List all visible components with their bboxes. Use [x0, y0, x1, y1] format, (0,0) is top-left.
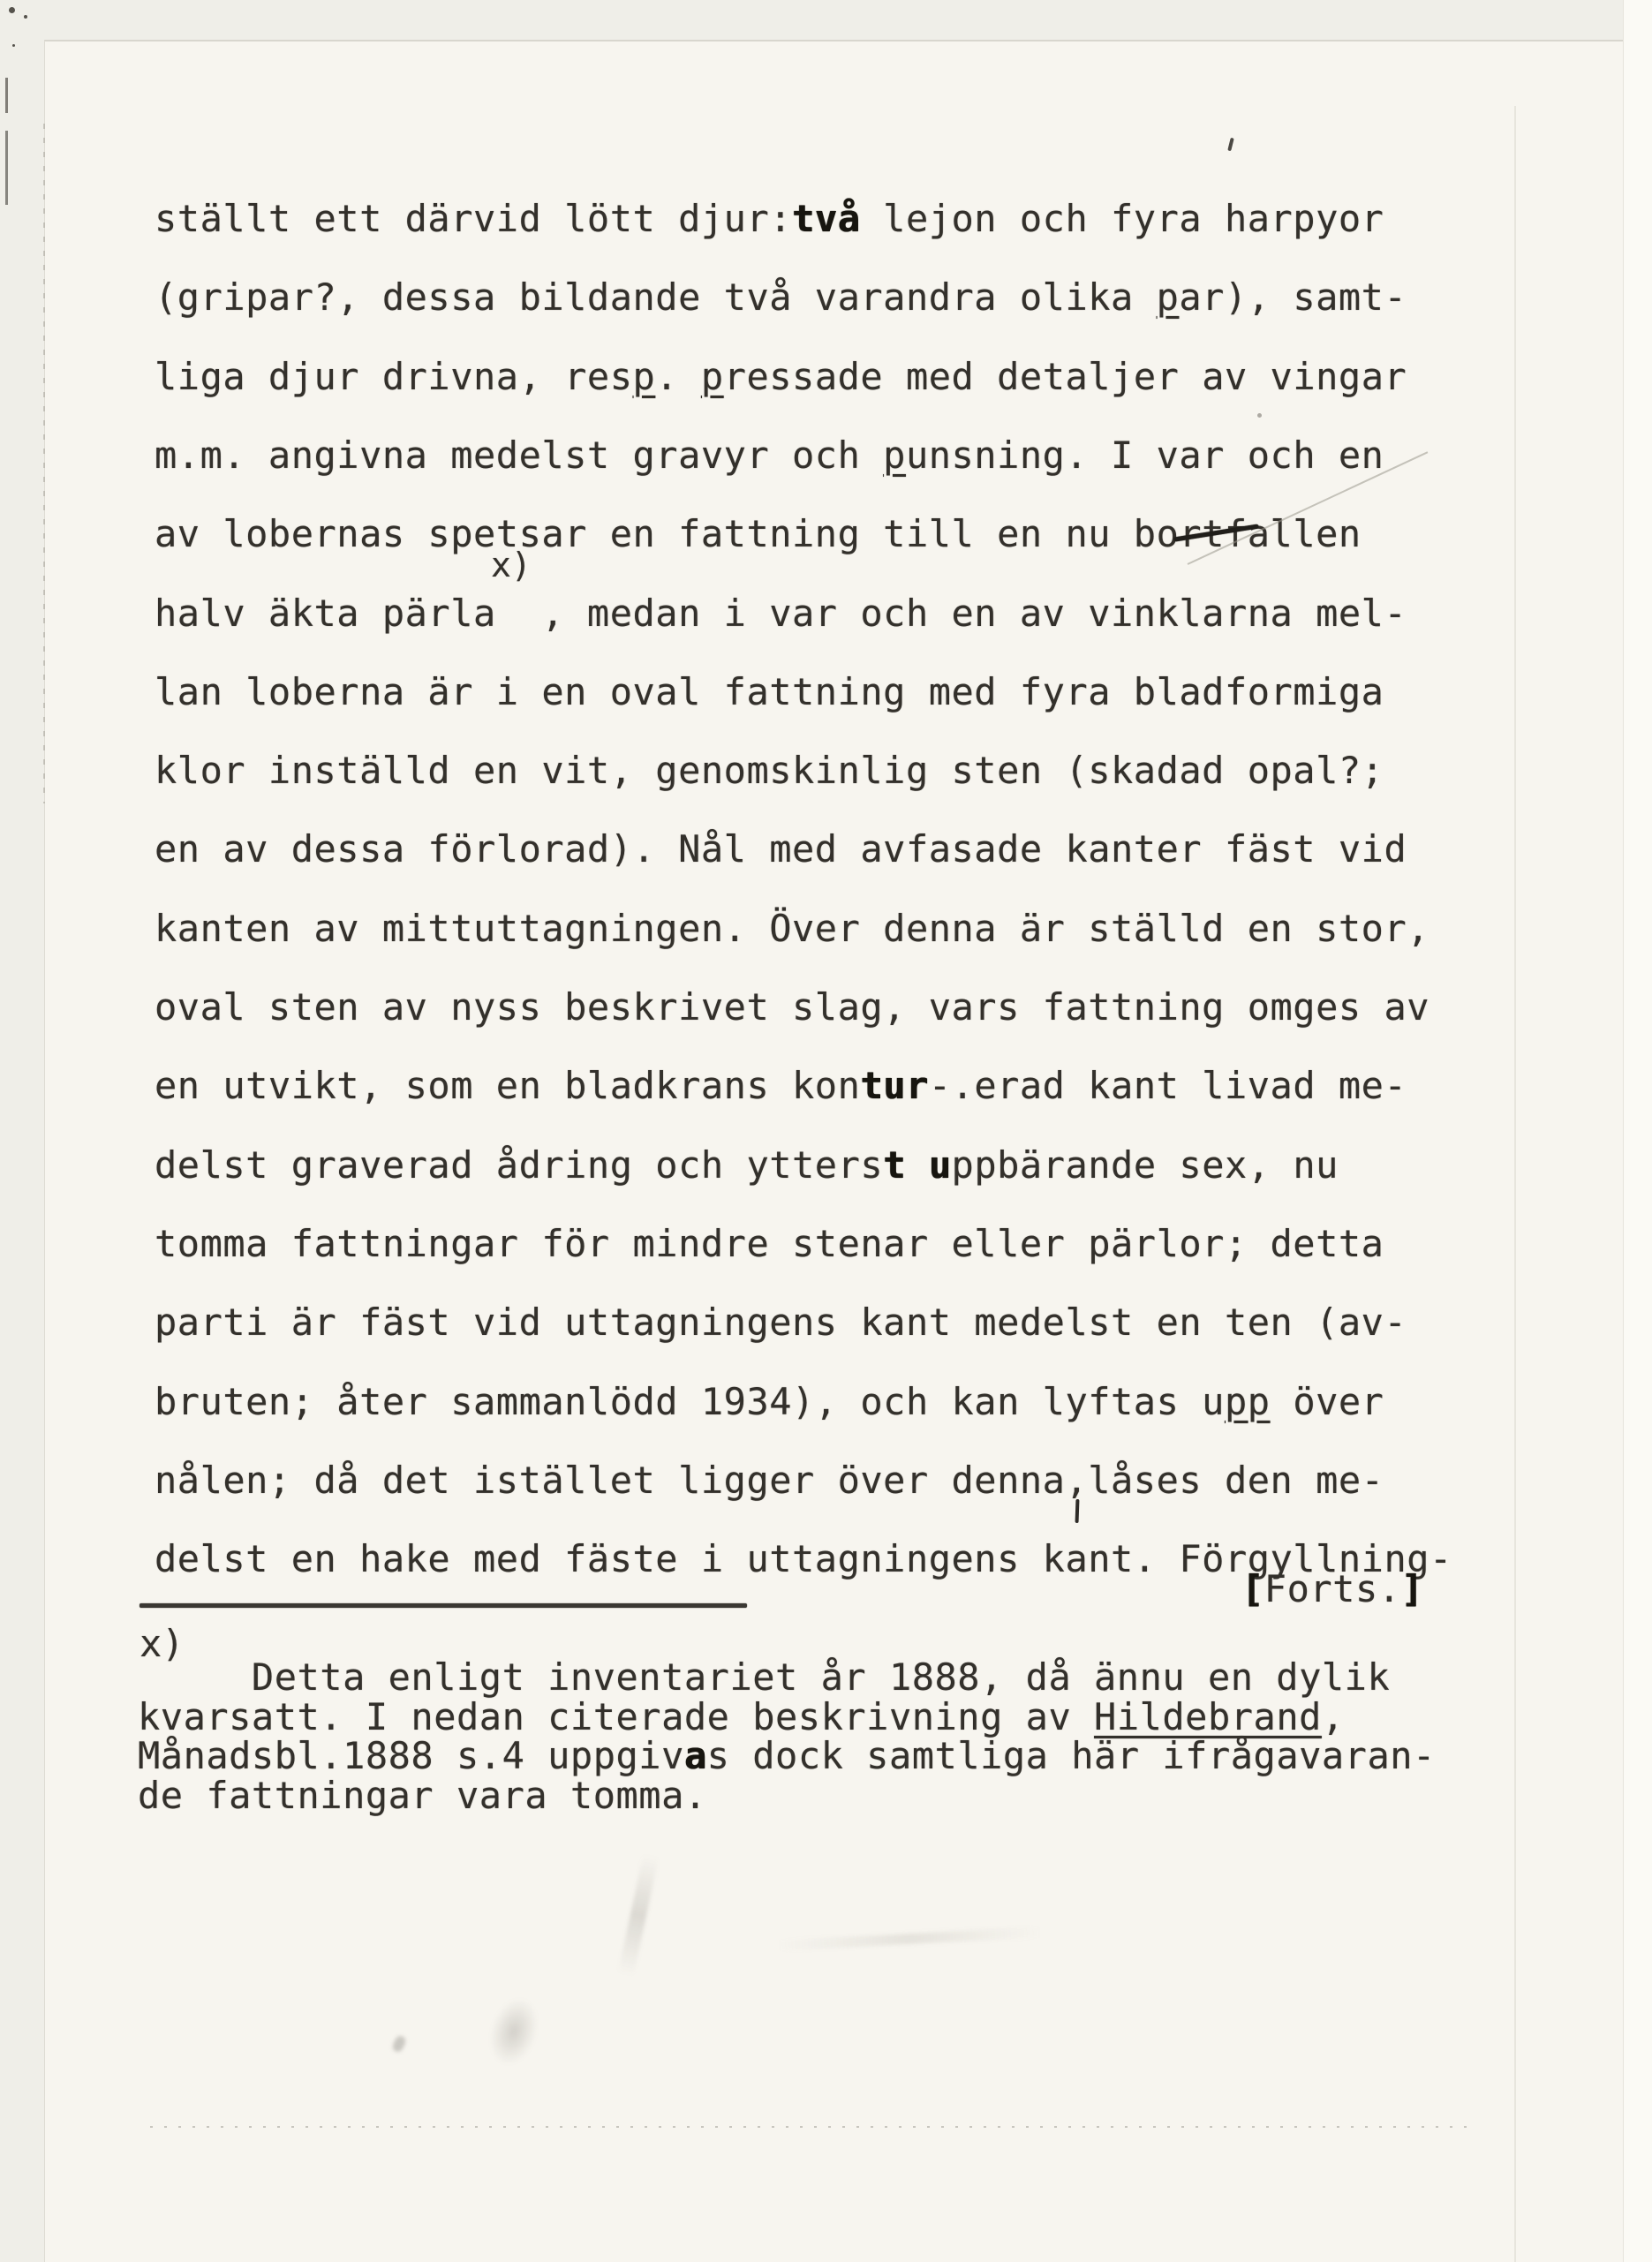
superscript-reference: x) — [491, 546, 532, 584]
typed-line: parti är fäst vid uttagningens kant mede… — [155, 1302, 1407, 1343]
footnote-marker: x) — [140, 1622, 185, 1665]
text-segment: (gripar?, dessa bildande två varandra ol… — [155, 275, 1157, 319]
typed-line: nålen; då det istället ligger över denna… — [155, 1460, 1384, 1501]
text-segment: s dock samtliga här ifrågavaran- — [707, 1734, 1436, 1777]
text-segment: Forts. — [1264, 1567, 1401, 1610]
typed-line: klor inställd en vit, genomskinlig sten … — [155, 750, 1384, 791]
text-segment: över — [1271, 1380, 1384, 1423]
text-segment: kvarsatt. I nedan citerade beskrivning a… — [138, 1695, 1094, 1738]
footnote-divider — [140, 1603, 747, 1608]
stray-ink-dot — [1257, 413, 1262, 418]
text-segment: en av dessa förlorad). Nål med avfasade … — [155, 827, 1407, 871]
typed-line: liga djur drivna, resp. pressade med det… — [155, 357, 1407, 397]
text-segment: p — [1157, 275, 1180, 319]
typed-line: bruten; åter sammanlödd 1934), och kan l… — [155, 1382, 1384, 1422]
footnote-line: Detta enligt inventariet år 1888, då änn… — [138, 1657, 1390, 1698]
footnote-line: Månadsbl.1888 s.4 uppgivas dock samtliga… — [138, 1736, 1436, 1776]
scanner-speck — [9, 7, 15, 13]
text-segment: delst graverad ådring och ytters — [155, 1143, 883, 1187]
text-segment: unsning. I var och en — [906, 434, 1384, 477]
text-segment: p — [883, 434, 906, 477]
dust-speck-row — [150, 2126, 1475, 2128]
scanner-speck — [12, 44, 15, 47]
text-segment: liga djur drivna, res — [155, 355, 633, 398]
edge-tick-mark — [5, 78, 8, 113]
text-segment: p — [633, 355, 656, 398]
text-segment: ] — [1401, 1567, 1424, 1610]
typed-line: en av dessa förlorad). Nål med avfasade … — [155, 829, 1407, 870]
text-segment: en utvikt, som en bladkrans kon — [155, 1064, 860, 1107]
text-segment: ppbärande sex, nu — [952, 1143, 1339, 1187]
text-segment: oval sten av nyss beskrivet slag, vars f… — [155, 985, 1429, 1029]
text-segment: två — [792, 197, 860, 240]
text-segment: ställt ett därvid lött djur: — [155, 197, 792, 240]
text-segment: pp — [1225, 1380, 1271, 1423]
text-segment: [ — [1241, 1567, 1264, 1610]
typed-line: ställt ett därvid lött djur:två lejon oc… — [155, 199, 1384, 239]
edge-tick-mark — [5, 131, 8, 205]
text-segment: p — [701, 355, 724, 398]
text-segment: Månadsbl.1888 s.4 uppgiv — [138, 1734, 684, 1777]
text-segment: ar), samt- — [1179, 275, 1407, 319]
continuation-note: [Forts.] — [1241, 1569, 1423, 1610]
typed-line: kanten av mittuttagningen. Över denna är… — [155, 909, 1429, 949]
text-segment: nålen; då det istället ligger över denna… — [155, 1459, 1384, 1502]
footnote-line: kvarsatt. I nedan citerade beskrivning a… — [138, 1697, 1345, 1738]
text-segment: rtf — [1179, 512, 1247, 555]
text-segment: tur — [860, 1064, 928, 1107]
typed-line: m.m. angivna medelst gravyr och punsning… — [155, 435, 1384, 476]
scanned-document: ställt ett därvid lött djur:två lejon oc… — [0, 0, 1652, 2262]
paper-fold-line — [1514, 106, 1516, 2262]
text-segment: av lobernas spetsar en fattning till en … — [155, 512, 1179, 555]
typed-line: tomma fattningar för mindre stenar eller… — [155, 1224, 1384, 1264]
text-segment: lejon och fyra harpyor — [860, 197, 1384, 240]
text-segment: parti är fäst vid uttagningens kant mede… — [155, 1301, 1407, 1344]
typed-line: (gripar?, dessa bildande två varandra ol… — [155, 277, 1407, 318]
text-segment: u — [929, 1143, 952, 1187]
text-segment: ressade med detaljer av vingar — [724, 355, 1407, 398]
text-segment: -. — [929, 1064, 975, 1107]
footnote-line: de fattningar vara tomma. — [138, 1776, 707, 1816]
text-segment: erad kant livad me- — [974, 1064, 1407, 1107]
scanner-speck — [24, 15, 27, 19]
text-segment: klor inställd en vit, genomskinlig sten … — [155, 749, 1384, 792]
text-segment: m.m. angivna medelst gravyr och — [155, 434, 883, 477]
text-segment: kanten av mittuttagningen. Över denna är… — [155, 907, 1429, 950]
text-segment: Hildebrand — [1094, 1695, 1322, 1738]
text-segment: tomma fattningar för mindre stenar eller… — [155, 1222, 1384, 1265]
paper-edge-strip — [1623, 0, 1652, 2262]
typed-line: lan loberna är i en oval fattning med fy… — [155, 672, 1384, 713]
text-segment: lan loberna är i en oval fattning med fy… — [155, 670, 1384, 713]
text-segment: a — [684, 1734, 707, 1777]
typed-line: oval sten av nyss beskrivet slag, vars f… — [155, 987, 1429, 1028]
text-segment: halv äkta pärla , medan i var och en av … — [155, 592, 1407, 635]
text-segment — [906, 1143, 929, 1187]
paper-edge-perforation-line — [43, 124, 45, 803]
typed-line: av lobernas spetsar en fattning till en … — [155, 514, 1362, 554]
typed-line: en utvikt, som en bladkrans kontur-.erad… — [155, 1066, 1407, 1106]
text-segment: Detta enligt inventariet år 1888, då änn… — [138, 1655, 1390, 1699]
text-segment: allen — [1248, 512, 1362, 555]
typed-line: delst graverad ådring och ytterst uppbär… — [155, 1145, 1339, 1186]
text-segment: , — [1322, 1695, 1345, 1738]
text-segment: bruten; åter sammanlödd 1934), och kan l… — [155, 1380, 1225, 1423]
text-segment: . — [655, 355, 701, 398]
text-segment: t — [883, 1143, 906, 1187]
typed-line: halv äkta pärla , medan i var och en av … — [155, 593, 1407, 634]
text-segment: de fattningar vara tomma. — [138, 1774, 707, 1817]
